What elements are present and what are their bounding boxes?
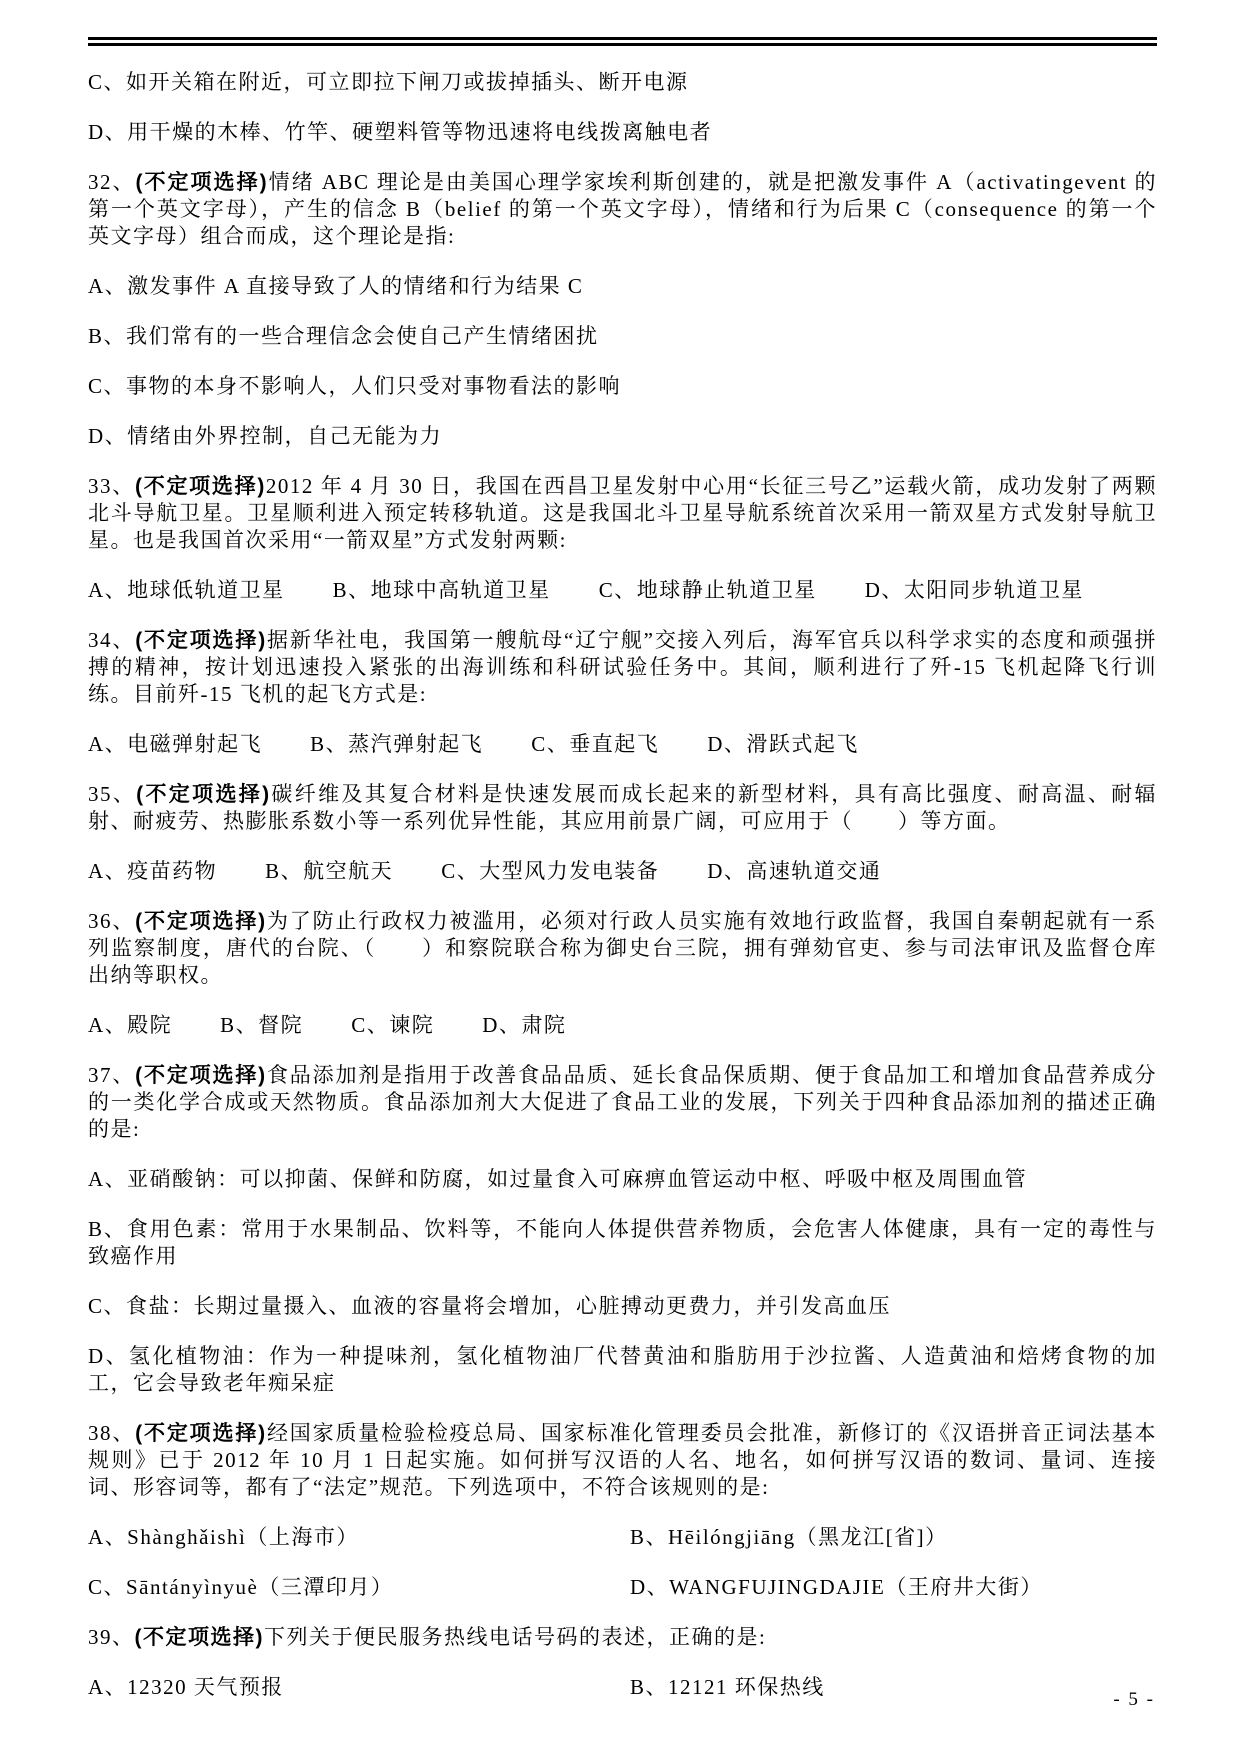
option-item: A、殿院 bbox=[88, 1012, 172, 1039]
option-item: B、蒸汽弹射起飞 bbox=[310, 731, 483, 758]
option-line: A、亚硝酸钠：可以抑菌、保鲜和防腐，如过量食入可麻痹血管运动中枢、呼吸中枢及周围… bbox=[88, 1166, 1157, 1193]
option-item: B、地球中高轨道卫星 bbox=[333, 577, 551, 604]
option-row: A、12320 天气预报B、12121 环保热线 bbox=[88, 1674, 1157, 1701]
question-stem-39: 39、(不定项选择)下列关于便民服务热线电话号码的表述，正确的是: bbox=[88, 1624, 1157, 1651]
question-stem-37: 37、(不定项选择)食品添加剂是指用于改善食品品质、延长食品保质期、便于食品加工… bbox=[88, 1062, 1157, 1143]
option-row: A、Shànghǎishì（上海市）B、Hēilóngjiāng（黑龙江[省]） bbox=[88, 1524, 1157, 1551]
option-line: C、事物的本身不影响人，人们只受对事物看法的影响 bbox=[88, 373, 1157, 400]
question-number: 35、 bbox=[88, 782, 136, 806]
question-stem-35: 35、(不定项选择)碳纤维及其复合材料是快速发展而成长起来的新型材料，具有高比强… bbox=[88, 781, 1157, 835]
option-item: C、垂直起飞 bbox=[531, 731, 659, 758]
question-type-label: (不定项选择) bbox=[135, 1422, 266, 1445]
option-line: C、食盐：长期过量摄入、血液的容量将会增加，心脏搏动更费力，并引发高血压 bbox=[88, 1293, 1157, 1320]
question-type-label: (不定项选择) bbox=[135, 629, 267, 652]
question-stem-32: 32、(不定项选择)情绪 ABC 理论是由美国心理学家埃利斯创建的，就是把激发事… bbox=[88, 169, 1157, 250]
option-item: D、WANGFUJINGDAJIE（王府井大街） bbox=[630, 1574, 1157, 1601]
option-row: C、Sāntányìnyuè（三潭印月）D、WANGFUJINGDAJIE（王府… bbox=[88, 1574, 1157, 1601]
question-number: 37、 bbox=[88, 1063, 135, 1087]
question-type-label: (不定项选择) bbox=[135, 910, 266, 933]
option-line: C、如开关箱在附近，可立即拉下闸刀或拔掉插头、断开电源 bbox=[88, 69, 1157, 96]
option-line: D、情绪由外界控制，自己无能为力 bbox=[88, 423, 1157, 450]
option-line: D、用干燥的木棒、竹竿、硬塑料管等物迅速将电线拨离触电者 bbox=[88, 119, 1157, 146]
option-line: B、我们常有的一些合理信念会使自己产生情绪困扰 bbox=[88, 323, 1157, 350]
option-item: C、地球静止轨道卫星 bbox=[599, 577, 817, 604]
option-line: A、激发事件 A 直接导致了人的情绪和行为结果 C bbox=[88, 273, 1157, 300]
question-number: 38、 bbox=[88, 1421, 135, 1445]
question-number: 33、 bbox=[88, 474, 135, 498]
document-page: C、如开关箱在附近，可立即拉下闸刀或拔掉插头、断开电源 D、用干燥的木棒、竹竿、… bbox=[0, 0, 1241, 1754]
option-item: C、大型风力发电装备 bbox=[441, 858, 659, 885]
question-text: 下列关于便民服务热线电话号码的表述，正确的是: bbox=[264, 1625, 766, 1649]
option-line: B、食用色素：常用于水果制品、饮料等，不能向人体提供营养物质，会危害人体健康，具… bbox=[88, 1216, 1157, 1270]
option-row: A、疫苗药物B、航空航天C、大型风力发电装备D、高速轨道交通 bbox=[88, 858, 1157, 885]
page-content: C、如开关箱在附近，可立即拉下闸刀或拔掉插头、断开电源 D、用干燥的木棒、竹竿、… bbox=[0, 0, 1241, 1701]
header-rule bbox=[88, 37, 1157, 46]
option-item: D、太阳同步轨道卫星 bbox=[865, 577, 1084, 604]
question-type-label: (不定项选择) bbox=[136, 783, 270, 806]
question-stem-34: 34、(不定项选择)据新华社电，我国第一艘航母“辽宁舰”交接入列后，海军官兵以科… bbox=[88, 627, 1157, 708]
option-item: B、12121 环保热线 bbox=[630, 1674, 1157, 1701]
question-number: 32、 bbox=[88, 170, 136, 194]
question-type-label: (不定项选择) bbox=[135, 1626, 265, 1649]
option-item: C、谏院 bbox=[351, 1012, 434, 1039]
option-row: A、电磁弹射起飞B、蒸汽弹射起飞C、垂直起飞D、滑跃式起飞 bbox=[88, 731, 1157, 758]
option-item: A、Shànghǎishì（上海市） bbox=[88, 1524, 630, 1551]
option-row: A、殿院B、督院C、谏院D、肃院 bbox=[88, 1012, 1157, 1039]
option-item: B、航空航天 bbox=[265, 858, 393, 885]
option-item: D、高速轨道交通 bbox=[707, 858, 881, 885]
question-stem-33: 33、(不定项选择)2012 年 4 月 30 日，我国在西昌卫星发射中心用“长… bbox=[88, 473, 1157, 554]
option-item: A、疫苗药物 bbox=[88, 858, 217, 885]
page-number: - 5 - bbox=[1113, 1689, 1155, 1711]
question-type-label: (不定项选择) bbox=[136, 171, 269, 194]
option-item: A、12320 天气预报 bbox=[88, 1674, 630, 1701]
question-number: 39、 bbox=[88, 1625, 135, 1649]
option-line: D、氢化植物油：作为一种提味剂，氢化植物油厂代替黄油和脂肪用于沙拉酱、人造黄油和… bbox=[88, 1343, 1157, 1397]
option-item: C、Sāntányìnyuè（三潭印月） bbox=[88, 1574, 630, 1601]
option-item: D、滑跃式起飞 bbox=[707, 731, 859, 758]
option-item: B、Hēilóngjiāng（黑龙江[省]） bbox=[630, 1524, 1157, 1551]
question-stem-38: 38、(不定项选择)经国家质量检验检疫总局、国家标准化管理委员会批准，新修订的《… bbox=[88, 1420, 1157, 1501]
option-row: A、地球低轨道卫星B、地球中高轨道卫星C、地球静止轨道卫星D、太阳同步轨道卫星 bbox=[88, 577, 1157, 604]
option-item: B、督院 bbox=[220, 1012, 303, 1039]
question-type-label: (不定项选择) bbox=[135, 475, 266, 498]
question-number: 36、 bbox=[88, 909, 135, 933]
question-type-label: (不定项选择) bbox=[135, 1064, 266, 1087]
option-item: A、电磁弹射起飞 bbox=[88, 731, 262, 758]
option-item: A、地球低轨道卫星 bbox=[88, 577, 285, 604]
question-stem-36: 36、(不定项选择)为了防止行政权力被滥用，必须对行政人员实施有效地行政监督，我… bbox=[88, 908, 1157, 989]
option-item: D、肃院 bbox=[482, 1012, 566, 1039]
question-number: 34、 bbox=[88, 628, 135, 652]
